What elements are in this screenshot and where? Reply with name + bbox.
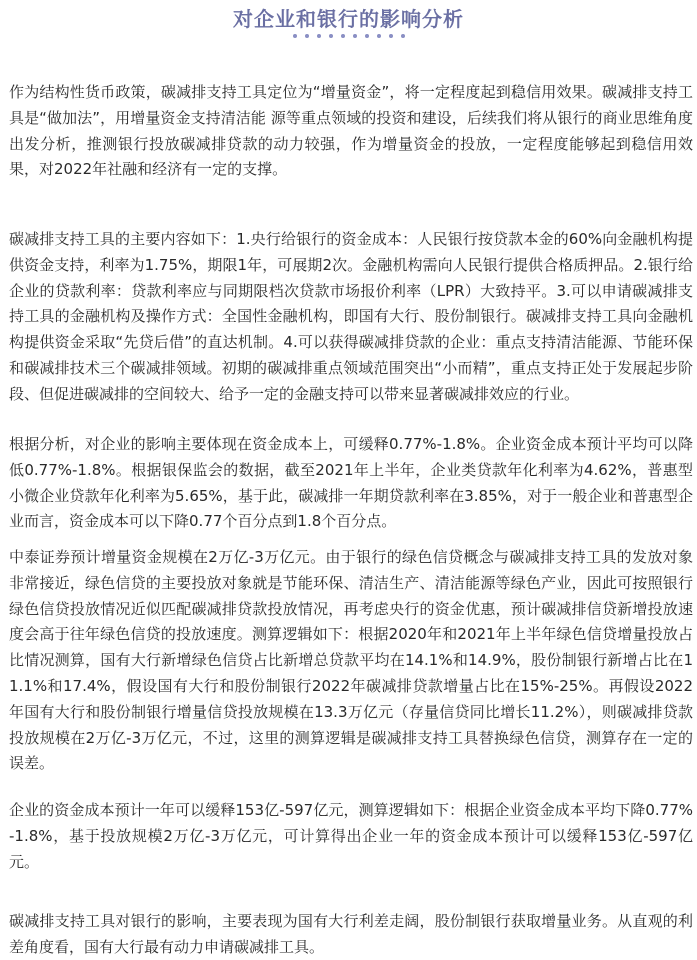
title-dot-divider	[0, 34, 697, 38]
divider-dot-icon	[329, 34, 333, 38]
paragraph-cost-relief: 企业的资金成本预计一年可以缓释153亿-597亿元，测算逻辑如下：根据企业资金成…	[9, 798, 693, 875]
paragraph-funding-scale: 中泰证券预计增量资金规模在2万亿-3万亿元。由于银行的绿色信贷概念与碳减排支持工…	[9, 545, 693, 777]
divider-dot-icon	[401, 34, 405, 38]
paragraph-bank-impact: 碳减排支持工具对银行的影响，主要表现为国有大行利差走阔，股份制银行获取增量业务。…	[9, 909, 693, 960]
paragraph-enterprise-impact: 根据分析，对企业的影响主要体现在资金成本上，可缓释0.77%-1.8%。企业资金…	[9, 432, 693, 535]
divider-dot-icon	[305, 34, 309, 38]
paragraph-credit-effect: 作为结构性货币政策，碳减排支持工具定位为“增量资金”，将一定程度起到稳信用效果。…	[9, 80, 693, 183]
section-title: 对企业和银行的影响分析	[0, 6, 697, 32]
section-header: 对企业和银行的影响分析	[0, 0, 697, 50]
divider-dot-icon	[365, 34, 369, 38]
divider-dot-icon	[389, 34, 393, 38]
divider-dot-icon	[341, 34, 345, 38]
divider-dot-icon	[293, 34, 297, 38]
divider-dot-icon	[353, 34, 357, 38]
divider-dot-icon	[317, 34, 321, 38]
paragraph-tool-contents: 碳减排支持工具的主要内容如下：1.央行给银行的资金成本：人民银行按贷款本金的60…	[9, 227, 693, 408]
divider-dot-icon	[377, 34, 381, 38]
